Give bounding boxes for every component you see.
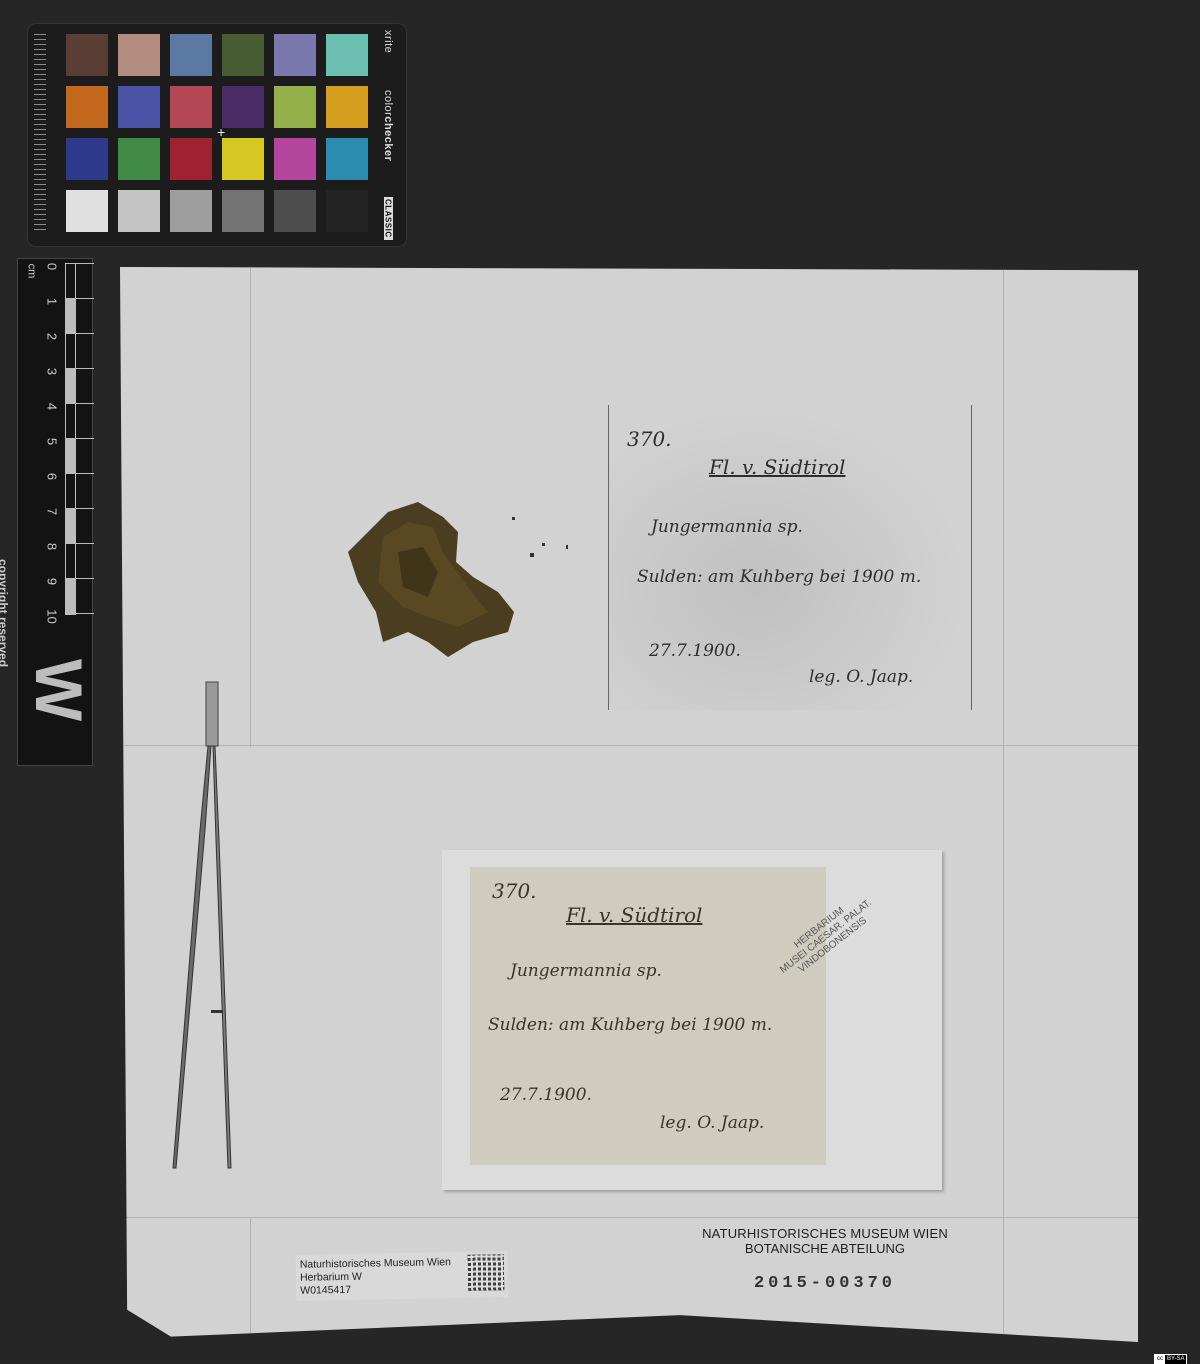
scale-tick xyxy=(74,438,94,439)
label-region: Fl. v. Südtirol xyxy=(709,455,845,479)
license-badge: cc BY-SA xyxy=(1154,1354,1187,1364)
color-patch xyxy=(66,34,108,76)
color-patch xyxy=(170,86,212,128)
scale-tick xyxy=(74,578,94,579)
color-patch xyxy=(274,138,316,180)
checker-name-bold: checker xyxy=(382,116,394,161)
accession-number: 2015-00370 xyxy=(690,1274,960,1293)
color-patch xyxy=(118,138,160,180)
color-patch xyxy=(66,138,108,180)
scale-number: 5 xyxy=(45,434,60,450)
scale-segment xyxy=(65,333,76,370)
scale-segment xyxy=(65,403,76,440)
scale-segment xyxy=(65,508,76,545)
fold-line xyxy=(120,745,1138,746)
color-patch xyxy=(326,34,368,76)
scale-tick xyxy=(74,613,94,614)
scale-number: 0 xyxy=(45,259,60,275)
scale-segment xyxy=(65,263,76,300)
scale-number: 10 xyxy=(45,609,60,625)
scale-tick xyxy=(74,403,94,404)
label-date: 27.7.1900. xyxy=(649,641,741,661)
scale-number: 1 xyxy=(45,294,60,310)
scale-number: 9 xyxy=(45,574,60,590)
museum-department: BOTANISCHE ABTEILUNG xyxy=(690,1241,960,1256)
color-patch xyxy=(274,190,316,232)
label-date: 27.7.1900. xyxy=(500,1085,592,1105)
label-number: 370. xyxy=(492,879,537,903)
barcode-number: W0145417 xyxy=(300,1282,451,1298)
label-collector: leg. O. Jaap. xyxy=(809,667,913,687)
label-locality: Sulden: am Kuhberg bei 1900 m. xyxy=(488,1015,772,1035)
scale-unit: cm xyxy=(25,264,37,279)
photocopy-label: 370. Fl. v. Südtirol Jungermannia sp. Su… xyxy=(608,405,972,710)
barcode-institution: Naturhistorisches Museum Wien xyxy=(300,1256,451,1272)
color-patch xyxy=(326,86,368,128)
museum-name: NATURHISTORISCHES MUSEUM WIEN xyxy=(690,1226,960,1241)
color-patch xyxy=(66,190,108,232)
scale-number: 8 xyxy=(45,539,60,555)
fold-line xyxy=(250,1217,251,1342)
label-region: Fl. v. Südtirol xyxy=(566,903,702,927)
checker-branding: xrite colorchecker CLASSIC xyxy=(378,30,398,240)
scale-segment xyxy=(65,543,76,580)
color-patch xyxy=(326,138,368,180)
color-patch xyxy=(222,86,264,128)
fold-line xyxy=(120,1217,1138,1218)
color-patch xyxy=(222,190,264,232)
scale-segment xyxy=(65,298,76,335)
label-number: 370. xyxy=(627,427,672,451)
checker-name: colorchecker xyxy=(382,90,394,161)
label-taxon: Jungermannia sp. xyxy=(510,961,662,981)
color-patch xyxy=(170,190,212,232)
label-taxon: Jungermannia sp. xyxy=(651,517,803,537)
scale-segment xyxy=(65,438,76,475)
scale-segment xyxy=(65,578,76,615)
scale-segment xyxy=(65,368,76,405)
moss-specimen xyxy=(348,492,516,660)
scale-tick xyxy=(74,333,94,334)
barcode-text: Naturhistorisches Museum Wien Herbarium … xyxy=(300,1256,452,1298)
color-checker-card: + xrite colorchecker CLASSIC xyxy=(28,24,406,246)
scale-segment xyxy=(65,473,76,510)
color-patch xyxy=(118,190,160,232)
color-patch xyxy=(274,86,316,128)
label-collector: leg. O. Jaap. xyxy=(660,1113,764,1133)
xrite-logo: xrite xyxy=(382,30,394,53)
checker-ruler xyxy=(34,34,46,234)
museum-stamp: NATURHISTORISCHES MUSEUM WIEN BOTANISCHE… xyxy=(690,1226,960,1293)
checker-edition: CLASSIC xyxy=(384,197,393,240)
herbarium-logo: W xyxy=(26,659,92,721)
scale-tick xyxy=(74,263,94,264)
checker-name-light: color xyxy=(382,90,394,116)
copyright-notice: copyright reserved xyxy=(0,559,10,667)
scale-number: 3 xyxy=(45,364,60,380)
scale-number: 7 xyxy=(45,504,60,520)
cc-icon: cc xyxy=(1155,1355,1165,1364)
scale-bar: cm 012345678910 copyright reserved W xyxy=(17,258,93,766)
color-patch xyxy=(118,86,160,128)
original-label: 370. Fl. v. Südtirol Jungermannia sp. Su… xyxy=(470,867,826,1165)
color-patch xyxy=(274,34,316,76)
scale-number: 2 xyxy=(45,329,60,345)
color-patch xyxy=(222,34,264,76)
color-patch xyxy=(118,34,160,76)
color-patch xyxy=(66,86,108,128)
scale-tick xyxy=(74,543,94,544)
specimen-fragment xyxy=(512,517,515,520)
fold-line xyxy=(1003,267,1004,1342)
color-patch xyxy=(170,138,212,180)
tweezers xyxy=(165,680,245,1170)
label-locality: Sulden: am Kuhberg bei 1900 m. xyxy=(637,567,921,587)
scale-ruler xyxy=(65,263,95,619)
scale-number: 4 xyxy=(45,399,60,415)
color-patch xyxy=(326,190,368,232)
scale-tick xyxy=(74,508,94,509)
scale-tick xyxy=(74,368,94,369)
crosshair-icon: + xyxy=(217,125,225,139)
license-text: BY-SA xyxy=(1165,1355,1186,1364)
fold-line xyxy=(250,267,251,747)
specimen-fragment xyxy=(566,545,568,549)
scale-tick xyxy=(74,473,94,474)
specimen-fragment xyxy=(530,553,534,557)
scale-number: 6 xyxy=(45,469,60,485)
scale-tick xyxy=(74,298,94,299)
color-patch xyxy=(170,34,212,76)
barcode-label: Naturhistorisches Museum Wien Herbarium … xyxy=(296,1251,509,1301)
qr-code-icon xyxy=(468,1254,505,1291)
specimen-fragment xyxy=(542,543,545,546)
color-patch xyxy=(222,138,264,180)
